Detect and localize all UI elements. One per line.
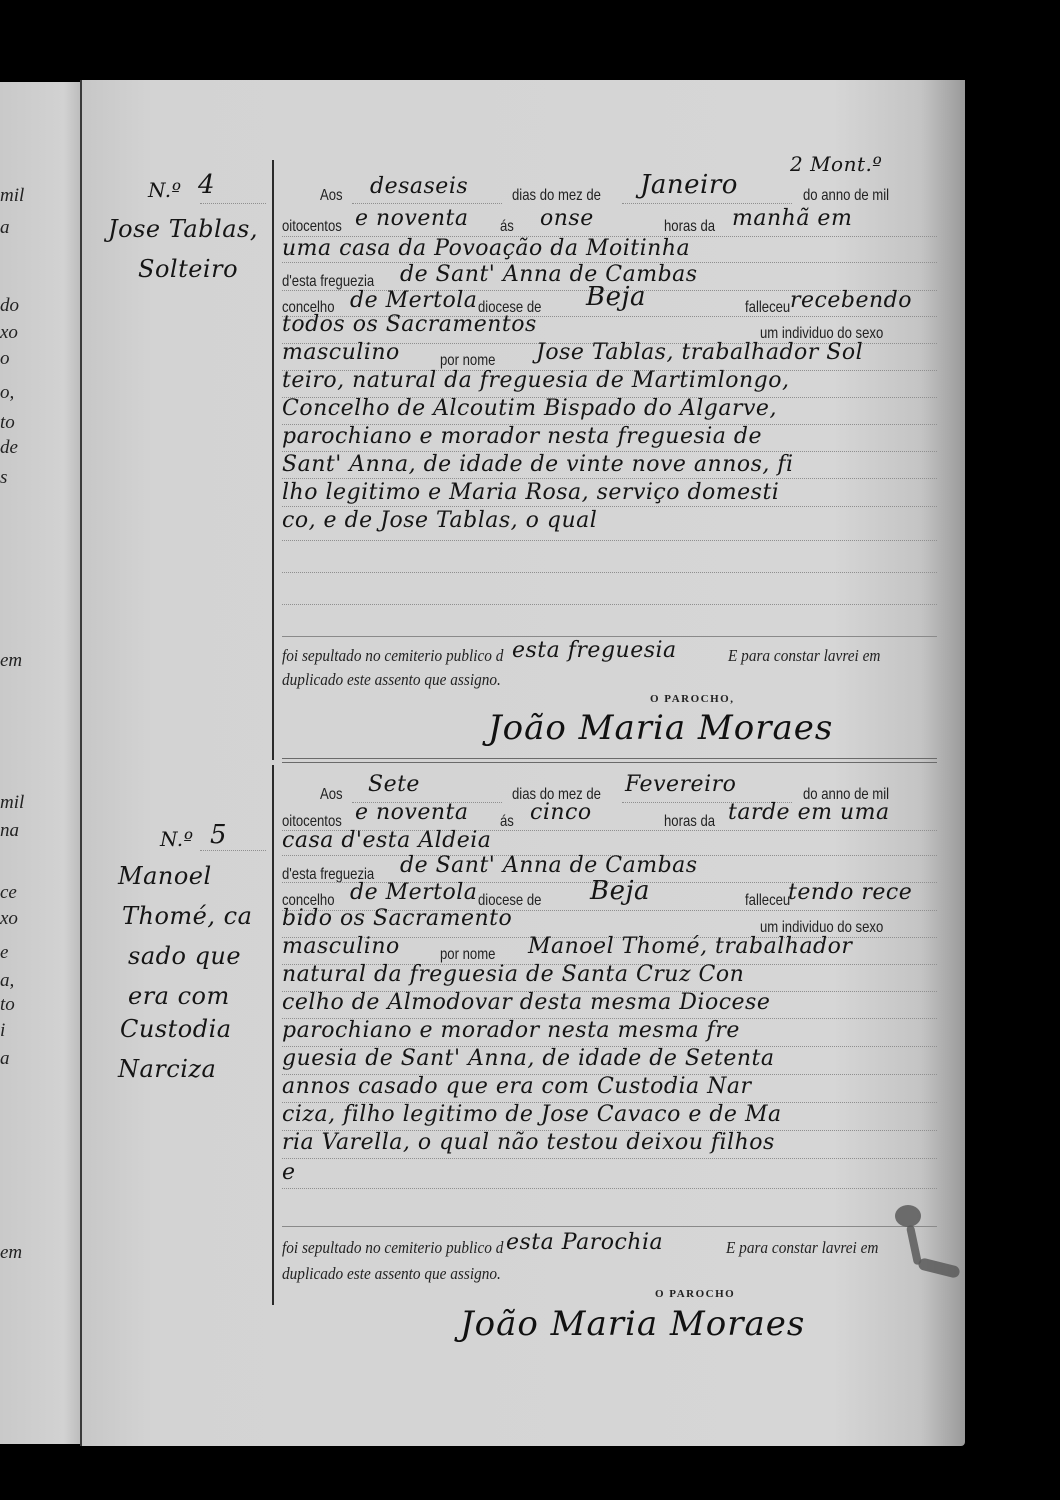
narrative-line: parochiano e morador nesta mesma fre xyxy=(282,1018,740,1043)
diocese-field: Beja xyxy=(590,876,650,906)
day-field: desaseis xyxy=(370,174,468,199)
left-page-fragment: i xyxy=(0,1020,5,1042)
signature-title: O PAROCHO xyxy=(655,1288,735,1300)
margin-name: Jose Tablas, xyxy=(108,215,258,243)
month-field: Fevereiro xyxy=(625,772,736,797)
left-page-fragment: to xyxy=(0,994,15,1016)
margin-name-line: Thomé, ca xyxy=(122,902,252,930)
hour-field: cinco xyxy=(530,800,592,825)
left-page-fragment: o xyxy=(0,348,10,370)
narrative-line: celho de Almodovar desta mesma Diocese xyxy=(282,990,770,1015)
left-page-fragment: em xyxy=(0,1242,22,1264)
left-page-fragment: mil xyxy=(0,185,24,207)
left-page-fragment: a, xyxy=(0,970,14,992)
sex-field: masculino xyxy=(282,934,400,959)
signature-title: O PAROCHO, xyxy=(650,693,734,705)
left-page-fragment: to xyxy=(0,412,15,434)
narrative-line: Sant' Anna, de idade de vinte nove annos… xyxy=(282,452,794,477)
place-field: uma casa da Povoação da Moitinha xyxy=(282,236,690,261)
municipality-field: de Mertola xyxy=(350,880,477,905)
deceased-name-field: Manoel Thomé, trabalhador xyxy=(528,934,852,959)
left-page-fragment: na xyxy=(0,820,19,842)
narrative-line: ciza, filho legitimo de Jose Cavaco e de… xyxy=(282,1102,782,1127)
narrative-line: natural da freguesia de Santa Cruz Con xyxy=(282,962,744,987)
month-field: Janeiro xyxy=(640,170,738,200)
hour-field: onse xyxy=(540,206,594,231)
parish-field: de Sant' Anna de Cambas xyxy=(400,262,698,287)
year-field: e noventa xyxy=(355,206,469,231)
circumstance-field: tendo rece xyxy=(788,880,912,905)
parish-field: de Sant' Anna de Cambas xyxy=(400,853,698,878)
margin-name-line: era com xyxy=(128,982,230,1010)
circumstance-continued: bido os Sacramento xyxy=(282,906,512,931)
circumstance-field: recebendo xyxy=(790,288,912,313)
left-page-fragment: a xyxy=(0,1048,10,1070)
ink-stain xyxy=(895,1205,921,1227)
left-page-fragment: ce xyxy=(0,882,17,904)
narrative-line: Concelho de Alcoutim Bispado do Algarve, xyxy=(282,396,777,421)
narrative-line: co, e de Jose Tablas, o qual xyxy=(282,508,597,533)
left-page-fragment: o, xyxy=(0,382,14,404)
left-page-fragment: xo xyxy=(0,322,18,344)
burial-place-field: esta freguesia xyxy=(512,638,677,663)
year-field: e noventa xyxy=(355,800,469,825)
period-field: tarde em uma xyxy=(728,800,890,825)
day-field: Sete xyxy=(368,772,420,797)
narrative-line: e xyxy=(282,1160,296,1185)
priest-signature: João Maria Moraes xyxy=(460,1304,805,1344)
narrative-line: lho legitimo e Maria Rosa, serviço domes… xyxy=(282,480,779,505)
left-page-fragment: em xyxy=(0,650,22,672)
left-facing-page: mil a do xo o o, to de s em mil na ce xo… xyxy=(0,82,80,1444)
place-field: casa d'esta Aldeia xyxy=(282,828,491,853)
circumstance-continued: todos os Sacramentos xyxy=(282,312,537,337)
column-divider xyxy=(272,765,274,1305)
entry-number-label: N.º xyxy=(160,827,193,851)
left-page-fragment: a xyxy=(0,217,10,239)
left-page-fragment: de xyxy=(0,437,18,459)
narrative-line: parochiano e morador nesta freguesia de xyxy=(282,424,762,449)
left-page-fragment: s xyxy=(0,467,7,489)
left-page-fragment: e xyxy=(0,942,8,964)
margin-status: Solteiro xyxy=(138,255,238,283)
sex-field: masculino xyxy=(282,340,400,365)
entry-number: 5 xyxy=(210,820,227,850)
left-page-fragment: mil xyxy=(0,792,24,814)
municipality-field: de Mertola xyxy=(350,288,477,313)
burial-place-field: esta Parochia xyxy=(506,1230,663,1255)
diocese-field: Beja xyxy=(586,282,646,312)
left-page-fragment: xo xyxy=(0,908,18,930)
narrative-line: ria Varella, o qual não testou deixou fi… xyxy=(282,1130,775,1155)
deceased-name-field: Jose Tablas, trabalhador Sol xyxy=(536,340,863,365)
column-divider xyxy=(272,160,274,760)
entry-number-label: N.º xyxy=(148,178,181,202)
period-field: manhã em xyxy=(732,206,852,231)
margin-name-line: sado que xyxy=(128,942,241,970)
left-page-fragment: do xyxy=(0,295,19,317)
narrative-line: annos casado que era com Custodia Nar xyxy=(282,1074,751,1099)
margin-name-line: Narciza xyxy=(118,1055,216,1083)
narrative-line: guesia de Sant' Anna, de idade de Setent… xyxy=(282,1046,774,1071)
narrative-line: teiro, natural da freguesia de Martimlon… xyxy=(282,368,789,393)
margin-name-line: Custodia xyxy=(120,1015,232,1043)
margin-name-line: Manoel xyxy=(118,862,212,890)
priest-signature: João Maria Moraes xyxy=(488,708,833,748)
page-note: 2 Mont.º xyxy=(790,152,882,176)
entry-number: 4 xyxy=(198,170,215,200)
